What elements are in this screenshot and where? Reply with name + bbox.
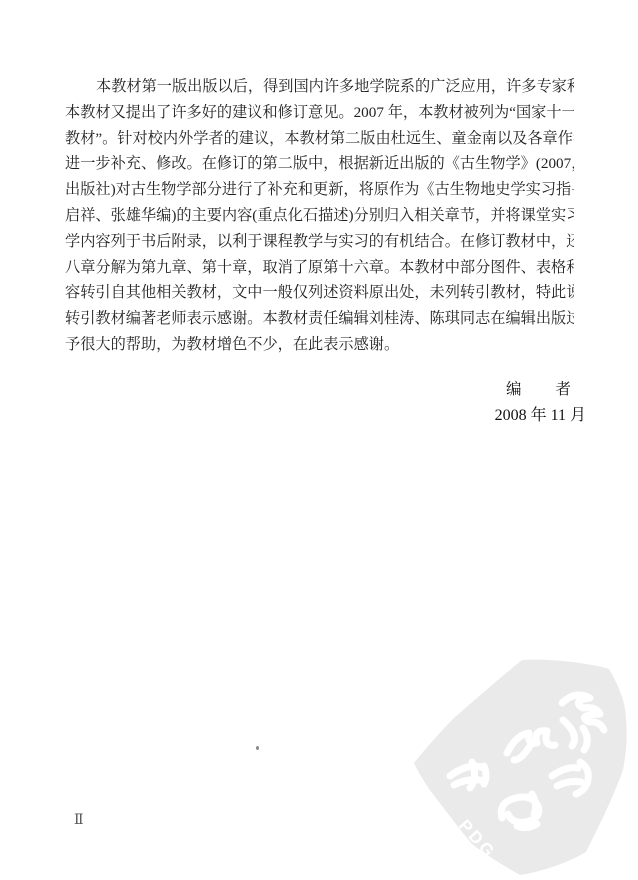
scan-artifact-speck xyxy=(256,746,259,750)
body-line: 本教材又提出了许多好的建议和修订意见。2007 年，本教材被列为“国家十一五规划 xyxy=(65,100,574,126)
body-line: 本教材第一版出版以后，得到国内许多地学院系的广泛应用，许多专家和学者对 xyxy=(65,74,574,100)
body-line: 进一步补充、修改。在修订的第二版中，根据新近出版的《古生物学》(2007，高等教… xyxy=(65,151,574,177)
watermark-blob xyxy=(414,660,627,875)
body-line: 出版社)对古生物学部分进行了补充和更新，将原作为《古生物地史学实习指导书》(林 xyxy=(65,177,574,203)
body-line: 八章分解为第九章、第十章，取消了原第十六章。本教材中部分图件、表格和数据等内 xyxy=(65,255,574,281)
body-line: 学内容列于书后附录，以利于课程教学与实习的有机结合。在修订教材中，还将原第 xyxy=(65,229,574,255)
body-line: 转引教材编著老师表示感谢。本教材责任编辑刘桂涛、陈琪同志在编辑出版过程中给 xyxy=(65,306,574,332)
body-line: 予很大的帮助，为教材增色不少，在此表示感谢。 xyxy=(65,332,574,358)
body-line: 启祥、张雄华编)的主要内容(重点化石描述)分别归入相关章节，并将课堂实习指导教 xyxy=(65,203,574,229)
publication-date: 2008 年 11 月 xyxy=(495,402,586,425)
editor-signature: 编 者 xyxy=(506,377,572,399)
body-line: 教材”。针对校内外学者的建议，本教材第二版由杜远生、童金南以及各章作者进行了 xyxy=(65,126,574,152)
pdg-watermark-stamp: PDG xyxy=(412,658,638,878)
page-number: Ⅱ xyxy=(74,812,84,829)
preface-paragraph: 本教材第一版出版以后，得到国内许多地学院系的广泛应用，许多专家和学者对 本教材又… xyxy=(65,74,574,358)
scanned-document-page: 本教材第一版出版以后，得到国内许多地学院系的广泛应用，许多专家和学者对 本教材又… xyxy=(0,0,638,880)
body-line: 容转引自其他相关教材，文中一般仅列述资料原出处，未列转引教材，特此说明并向被 xyxy=(65,280,574,306)
